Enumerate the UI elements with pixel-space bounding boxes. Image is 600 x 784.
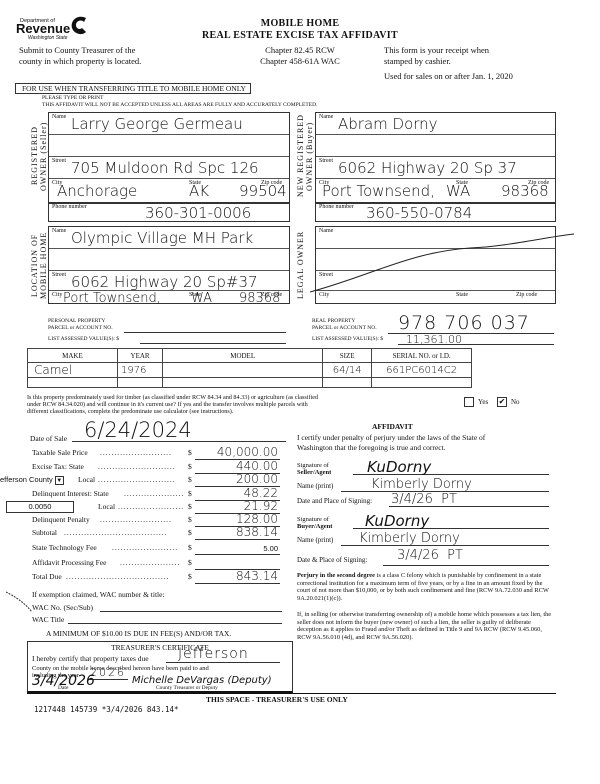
buyer-phone-value: 360-550-0784 <box>366 204 472 222</box>
total-due-value: 843.14 <box>236 569 278 583</box>
seller-date-place-row: Date and Place of Signing: 3/4/26 PT <box>297 495 557 509</box>
used-for-sales-note: Used for sales on or after Jan. 1, 2020 <box>384 71 513 81</box>
affidavit-cert-2: Washington that the foregoing is true an… <box>297 443 446 452</box>
location-zip-value: 98368 <box>239 291 280 306</box>
year-value[interactable]: 1976 <box>117 363 162 378</box>
real-assessed-label: LIST ASSESSED VALUE(S): $ <box>312 336 383 342</box>
treasurer-cert-title: TREASURER'S CERTIFICATE <box>28 643 292 652</box>
treasurer-line-1: I hereby certify that property taxes due <box>32 654 149 663</box>
seller-phone-value: 360-301-0006 <box>145 204 251 222</box>
tech-fee-value: 5.00 <box>263 544 278 553</box>
excise-state-value: 440.00 <box>236 459 278 473</box>
seller-street-row[interactable]: Street 705 Muldoon Rd Spc 126 <box>49 157 289 179</box>
buyer-date-place-input[interactable] <box>383 565 549 566</box>
dor-logo: Department of Revenue Washington State <box>14 14 94 44</box>
pen-stroke-mark <box>4 590 34 614</box>
timber-yes-checkbox[interactable] <box>464 397 474 407</box>
fee-row-subtotal: Subtotal ...............................… <box>0 528 290 542</box>
minimum-due-note: A MINIMUM OF $10.00 IS DUE IN FEE(S) AND… <box>46 629 231 638</box>
excise-local-value: 200.00 <box>236 472 278 486</box>
taxable-price-value: 40,000.00 <box>217 445 278 459</box>
buyer-name-print-row: Name (print) Kimberly Dorny <box>297 534 557 548</box>
warning-note: THIS AFFIDAVIT WILL NOT BE ACCEPTED UNLE… <box>42 102 317 108</box>
buyer-section-label: NEW REGISTERED OWNER (Buyer) <box>296 112 314 200</box>
type-print-note: PLEASE TYPE OR PRINT <box>42 95 103 101</box>
checkmark-icon: ✔ <box>499 397 506 406</box>
interest-local-value: 21.92 <box>244 499 278 513</box>
serial-value[interactable]: 661PC6014C2 <box>372 363 472 378</box>
table-header-row: MAKE YEAR MODEL SIZE SERIAL NO. or I.D. <box>28 349 472 363</box>
seller-block: Name Larry George Germeau Street 705 Mul… <box>48 112 290 204</box>
strike-line-mark <box>310 226 576 296</box>
subtotal-input[interactable] <box>195 539 280 540</box>
location-city-row[interactable]: City Port Townsend, State WA Zip code 98… <box>49 291 289 305</box>
county-select[interactable]: efferson County ▼ <box>0 475 64 485</box>
real-property-label-1: REAL PROPERTY <box>312 318 355 324</box>
seller-section-label: REGISTERED OWNER (Seller) <box>30 112 48 200</box>
timber-yes-label: Yes <box>478 398 488 406</box>
seller-state-value: AK <box>189 182 209 200</box>
location-name-value: Olympic Village MH Park <box>71 229 253 247</box>
perjury-notice: Perjury in the second degree is a class … <box>297 572 557 602</box>
buyer-date-place-row: Date & Place of Signing: 3/4/26 PT <box>297 554 557 568</box>
total-due-input[interactable] <box>195 583 280 584</box>
seller-street-value: 705 Muldoon Rd Spc 126 <box>71 159 259 177</box>
logo-revenue: Revenue <box>16 23 70 35</box>
timber-question-1: Is this property predominately used for … <box>27 394 318 401</box>
local-rate-input[interactable]: 0.0050 <box>6 501 74 513</box>
real-parcel-value: 978 706 037 <box>398 312 530 334</box>
treasurer-sig-label: County Treasurer or Deputy <box>156 685 218 691</box>
location-name-row[interactable]: Name Olympic Village MH Park <box>49 227 289 249</box>
seller-name-row[interactable]: Name Larry George Germeau <box>49 113 289 135</box>
tech-fee-input[interactable] <box>195 554 280 555</box>
affidavit-cert-1: I certify under penalty of perjury under… <box>297 433 485 442</box>
submit-note-1: Submit to County Treasurer of the <box>19 45 135 55</box>
buyer-name-value: Abram Dorny <box>338 115 438 133</box>
buyer-street-value: 6062 Highway 20 Sp 37 <box>338 159 517 177</box>
size-value-2[interactable] <box>323 378 372 388</box>
receipt-note-1: This form is your receipt when <box>384 45 489 55</box>
header-year: YEAR <box>117 349 162 363</box>
model-value-2[interactable] <box>163 378 323 388</box>
wac-title-label: WAC Title <box>32 615 64 624</box>
buyer-name-print-value: Kimberly Dorny <box>359 531 460 546</box>
subtotal-value: 838.14 <box>236 525 278 539</box>
location-state-value: WA <box>191 291 212 306</box>
buyer-signature-value: KuDorny <box>365 512 429 530</box>
seller-zip-value: 99504 <box>239 182 287 200</box>
date-of-sale-label: Date of Sale <box>30 434 67 443</box>
timber-question-3: different classifications, complete the … <box>27 408 233 415</box>
real-assessed-value: 11,361.00 <box>406 333 462 346</box>
treasurer-year-value: 2026 <box>90 666 126 679</box>
fee-row-total-due: Total Due ..............................… <box>0 572 290 586</box>
mobile-home-table: MAKE YEAR MODEL SIZE SERIAL NO. or I.D. … <box>27 348 472 388</box>
make-value-2[interactable] <box>28 378 118 388</box>
seller-name-print-value: Kimberly Dorny <box>371 477 472 492</box>
exemption-label: If exemption claimed, WAC number & title… <box>32 590 165 599</box>
buyer-street-row[interactable]: Street 6062 Highway 20 Sp 37 <box>316 157 555 179</box>
location-city-value: Port Townsend, <box>63 291 161 306</box>
buyer-zip-value: 98368 <box>501 182 549 200</box>
seller-signature-row: Signature of Seller/Agent KuDorny <box>297 458 557 478</box>
wac-no-input[interactable] <box>100 604 282 612</box>
buyer-state-value: WA <box>446 182 470 200</box>
real-property-label-2: PARCEL or ACCOUNT NO. <box>312 325 377 331</box>
buyer-phone-row[interactable]: Phone number 360-550-0784 <box>315 202 556 222</box>
seller-signature-value: KuDorny <box>367 458 431 476</box>
treasurer-space-rule <box>27 693 556 694</box>
location-street-value: 6062 Highway 20 Sp#37 <box>71 273 258 291</box>
date-of-sale-value: 6/24/2024 <box>84 418 192 442</box>
location-name-row-2[interactable] <box>49 249 289 271</box>
personal-assessed-input[interactable] <box>140 336 286 344</box>
receipt-note-2: stamped by cashier. <box>384 56 451 66</box>
chapter-rcw: Chapter 82.45 RCW <box>200 45 400 55</box>
personal-property-label-1: PERSONAL PROPERTY <box>48 318 105 324</box>
timber-question-2: under RCW 84.34.020) and will continue i… <box>27 401 308 408</box>
county-select-value: efferson County <box>0 475 53 484</box>
wac-no-label: WAC No. (Sec/Sub) <box>32 603 93 612</box>
buyer-name-row-2[interactable] <box>316 135 555 157</box>
treasurer-use-only-label: THIS SPACE - TREASURER'S USE ONLY <box>206 695 348 704</box>
logo-state: Washington State <box>28 35 67 41</box>
timber-no-checkbox[interactable]: ✔ <box>497 397 507 407</box>
header-make: MAKE <box>28 349 118 363</box>
seller-date-place-value: 3/4/26 PT <box>391 492 457 507</box>
personal-parcel-input[interactable] <box>124 325 286 333</box>
table-row <box>28 378 472 388</box>
chapter-wac: Chapter 458-61A WAC <box>200 56 400 66</box>
interest-state-value: 48.22 <box>244 486 278 500</box>
size-value[interactable]: 64/14 <box>323 363 372 378</box>
header-size: SIZE <box>323 349 372 363</box>
seller-city-value: Anchorage <box>57 182 137 200</box>
form-title-1: Mobile Home <box>200 18 400 29</box>
model-value[interactable] <box>163 363 323 378</box>
location-block: Name Olympic Village MH Park Street 6062… <box>48 226 290 304</box>
table-row: Camel 1976 64/14 661PC6014C2 <box>28 363 472 378</box>
treasurer-county-value: Jefferson <box>178 646 249 662</box>
header-model: MODEL <box>163 349 323 363</box>
submit-note-2: county in which property is located. <box>19 56 141 66</box>
form-title-2: Real Estate Excise Tax Affidavit <box>170 30 430 41</box>
year-value-2[interactable] <box>117 378 162 388</box>
buyer-city-value: Port Townsend, <box>322 182 435 200</box>
header-serial: SERIAL NO. or I.D. <box>372 349 472 363</box>
tax-lien-notice: If, in selling (or otherwise transferrin… <box>297 611 553 641</box>
fee-row-tech-fee: State Technology Fee ...................… <box>0 543 290 557</box>
seller-name-row-2[interactable] <box>49 135 289 157</box>
buyer-block: Name Abram Dorny Street 6062 Highway 20 … <box>315 112 556 204</box>
timber-no-label: No <box>511 398 520 406</box>
location-street-row[interactable]: Street 6062 Highway 20 Sp#37 <box>49 271 289 291</box>
treasurer-date-label: Date <box>58 685 68 691</box>
wac-title-input[interactable] <box>68 616 282 624</box>
buyer-signature-row: Signature of Buyer/Agent KuDorny <box>297 512 557 532</box>
treasurer-certificate-box: TREASURER'S CERTIFICATE I hereby certify… <box>27 641 293 693</box>
seller-name-value: Larry George Germeau <box>71 115 243 133</box>
buyer-name-row[interactable]: Name Abram Dorny <box>316 113 555 135</box>
personal-assessed-label: LIST ASSESSED VALUE(S): $ <box>48 336 119 342</box>
buyer-date-place-value: 3/4/26 PT <box>397 548 463 563</box>
affidavit-title: AFFIDAVIT <box>372 422 413 431</box>
receipt-stamp: 1217448 145739 *3/4/2026 843.14* <box>34 705 179 714</box>
transfer-banner: FOR USE WHEN TRANSFERRING TITLE TO MOBIL… <box>15 83 251 94</box>
penalty-value: 128.00 <box>236 512 278 526</box>
make-value[interactable]: Camel <box>28 363 118 378</box>
chevron-down-icon[interactable]: ▼ <box>55 476 64 485</box>
serial-value-2[interactable] <box>372 378 472 388</box>
location-section-label: LOCATION OF MOBILE HOME <box>30 226 48 304</box>
seller-phone-row[interactable]: Phone number 360-301-0006 <box>48 202 290 222</box>
personal-property-label-2: PARCEL or ACCOUNT NO. <box>48 325 113 331</box>
revenue-swirl-icon <box>68 14 90 38</box>
